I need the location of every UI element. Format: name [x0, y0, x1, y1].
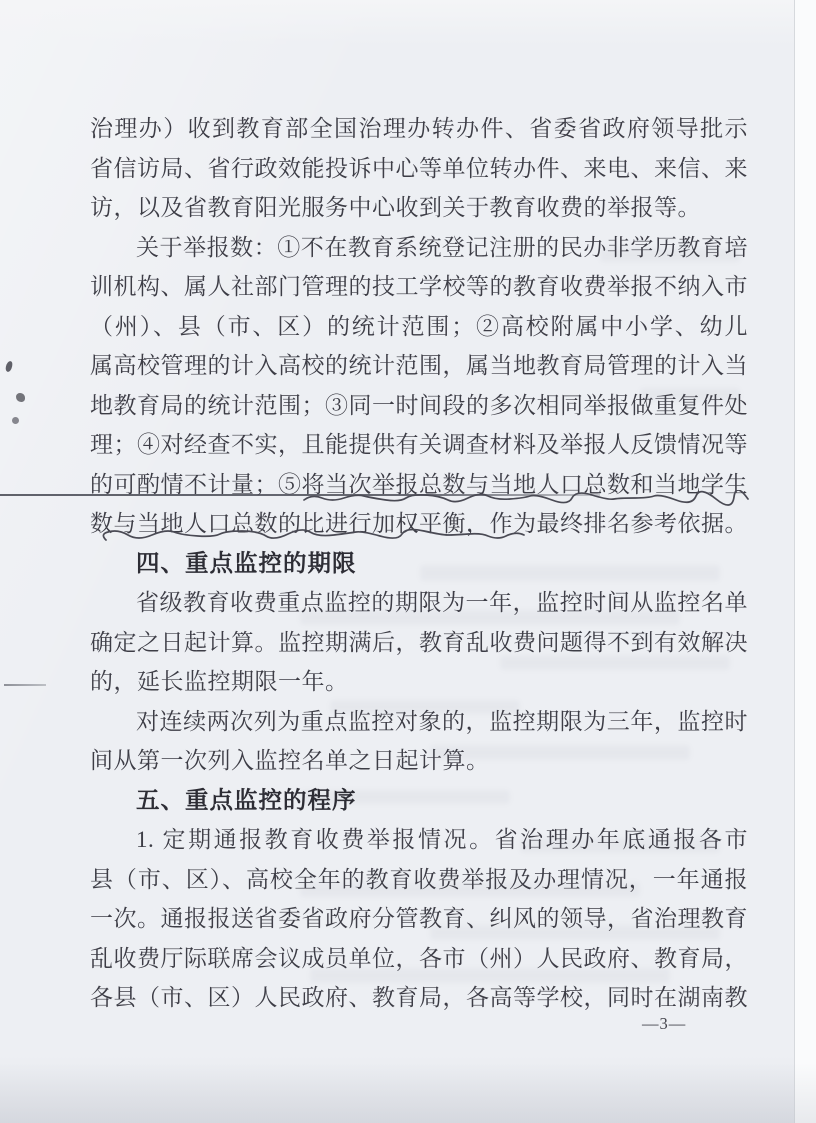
- document-line: 对连续两次列为重点监控对象的，监控期限为三年，监控时: [90, 702, 748, 742]
- ink-smudge: [5, 360, 13, 372]
- document-line: 省信访局、省行政效能投诉中心等单位转办件、来电、来信、来: [90, 149, 748, 189]
- document-text: 治理办）收到教育部全国治理办转办件、省委省政府领导批示件、省信访局、省行政效能投…: [90, 109, 748, 1018]
- scan-edge: [794, 0, 816, 1123]
- scan-shadow: [0, 1063, 816, 1123]
- document-line: 地教育局的统计范围；③同一时间段的多次相同举报做重复件处: [90, 386, 748, 426]
- document-line: 关于举报数：①不在教育系统登记注册的民办非学历教育培: [90, 228, 748, 268]
- document-line: 一次。通报报送省委省政府分管教育、纠风的领导，省治理教育: [90, 899, 748, 939]
- document-line: 各县（市、区）人民政府、教育局，各高等学校，同时在湖南教: [90, 978, 748, 1018]
- crease-line: [0, 494, 600, 496]
- ink-smudge: [12, 417, 19, 424]
- document-line: 县（市、区）、高校全年的教育收费举报及办理情况，一年通报: [90, 860, 748, 900]
- document-line: （州）、县（市、区）的统计范围；②高校附属中小学、幼儿园，: [90, 307, 748, 347]
- ink-smudge: [16, 393, 25, 402]
- document-line: 访，以及省教育阳光服务中心收到关于教育收费的举报等。: [90, 188, 748, 228]
- document-line: 1. 定期通报教育收费举报情况。省治理办年底通报各市（州）、: [90, 820, 748, 860]
- document-line: 省级教育收费重点监控的期限为一年，监控时间从监控名单: [90, 583, 748, 623]
- document-line: 理；④对经查不实，且能提供有关调查材料及举报人反馈情况等: [90, 425, 748, 465]
- scanned-document-page: 治理办）收到教育部全国治理办转办件、省委省政府领导批示件、省信访局、省行政效能投…: [0, 0, 816, 1123]
- section-heading: 五、重点监控的程序: [90, 781, 748, 821]
- page-number: —3—: [642, 1014, 686, 1034]
- document-line: 属高校管理的计入高校的统计范围，属当地教育局管理的计入当: [90, 346, 748, 386]
- margin-dash-mark: [4, 684, 46, 686]
- document-line: 间从第一次列入监控名单之日起计算。: [90, 741, 748, 781]
- document-line: 治理办）收到教育部全国治理办转办件、省委省政府领导批示件、: [90, 109, 748, 149]
- document-line: 的，延长监控期限一年。: [90, 662, 748, 702]
- document-line: 数与当地人口总数的比进行加权平衡，作为最终排名参考依据。: [90, 504, 748, 544]
- section-heading: 四、重点监控的期限: [90, 544, 748, 584]
- document-line: 确定之日起计算。监控期满后，教育乱收费问题得不到有效解决: [90, 623, 748, 663]
- document-line: 训机构、属人社部门管理的技工学校等的教育收费举报不纳入市: [90, 267, 748, 307]
- document-line: 的可酌情不计量；⑤将当次举报总数与当地人口总数和当地学生: [90, 465, 748, 505]
- document-line: 乱收费厅际联席会议成员单位，各市（州）人民政府、教育局，: [90, 939, 748, 979]
